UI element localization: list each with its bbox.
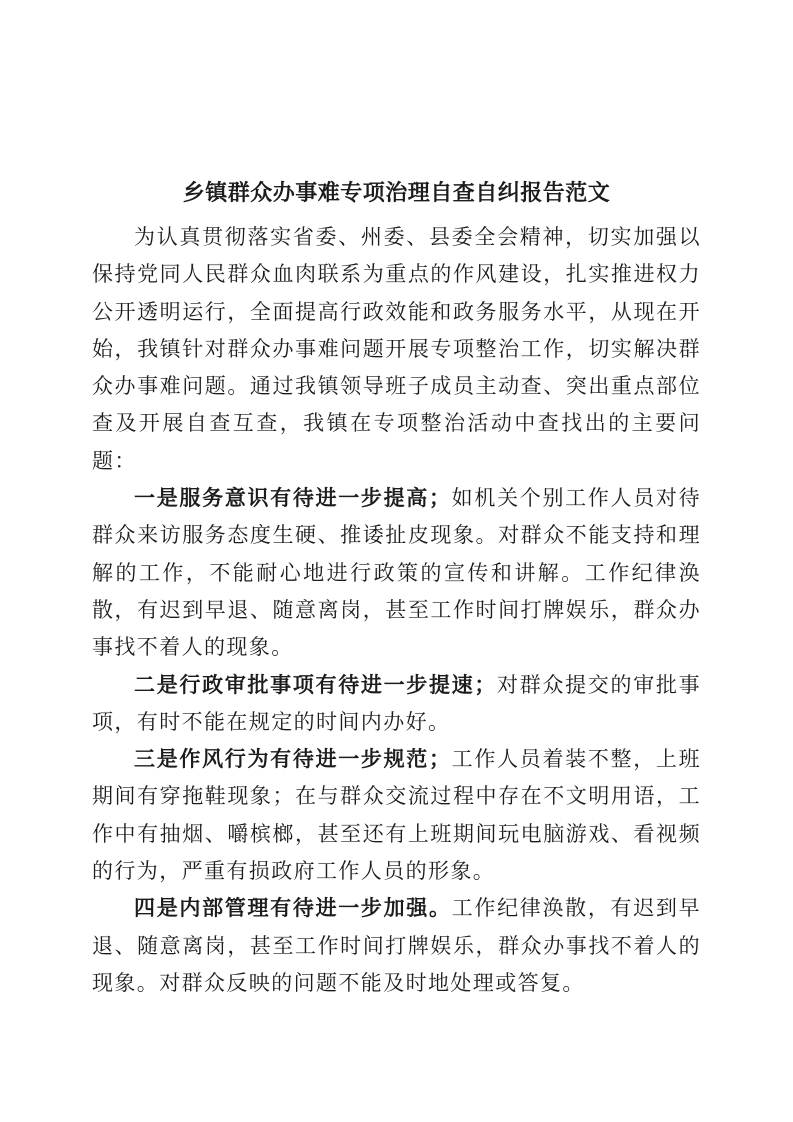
document-content: 乡镇群众办事难专项治理自查自纠报告范文 为认真贯彻落实省委、州委、县委全会精神，… (92, 172, 701, 1002)
paragraph-lead: 一是服务意识有待进一步提高； (134, 486, 451, 510)
paragraph-item-2: 二是行政审批事项有待进一步提速；对群众提交的审批事项，有时不能在规定的时间内办好… (92, 667, 701, 742)
page-title: 乡镇群众办事难专项治理自查自纠报告范文 (92, 172, 701, 214)
paragraph-lead: 二是行政审批事项有待进一步提速； (134, 673, 497, 697)
paragraph-intro: 为认真贯彻落实省委、州委、县委全会精神，切实加强以保持党同人民群众血肉联系为重点… (92, 219, 701, 480)
paragraph-item-4: 四是内部管理有待进一步加强。工作纪律涣散，有迟到早退、随意离岗，甚至工作时间打牌… (92, 890, 701, 1002)
paragraph-text: 为认真贯彻落实省委、州委、县委全会精神，切实加强以保持党同人民群众血肉联系为重点… (92, 225, 701, 473)
paragraph-lead: 三是作风行为有待进一步规范； (134, 747, 451, 771)
paragraph-item-3: 三是作风行为有待进一步规范；工作人员着装不整，上班期间有穿拖鞋现象；在与群众交流… (92, 741, 701, 890)
paragraph-text: 如机关个别工作人员对待群众来访服务态度生硬、推诿扯皮现象。对群众不能支持和理解的… (92, 486, 701, 659)
paragraph-item-1: 一是服务意识有待进一步提高；如机关个别工作人员对待群众来访服务态度生硬、推诿扯皮… (92, 480, 701, 666)
document-page: 乡镇群众办事难专项治理自查自纠报告范文 为认真贯彻落实省委、州委、县委全会精神，… (0, 0, 793, 1122)
paragraph-lead: 四是内部管理有待进一步加强。 (134, 896, 452, 920)
